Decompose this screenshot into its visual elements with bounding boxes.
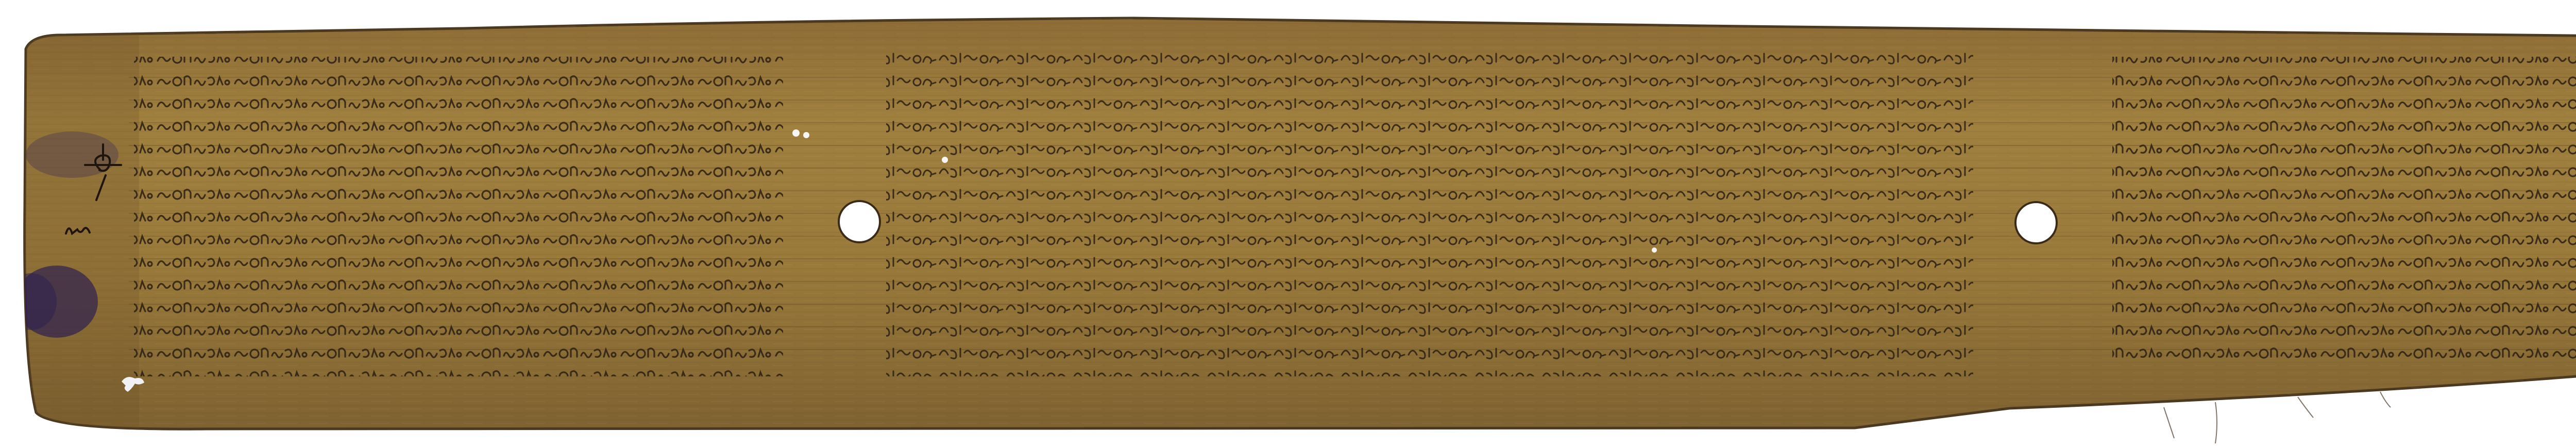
manuscript-text-block xyxy=(129,52,2576,376)
manuscript-scan xyxy=(0,0,2576,447)
binding-hole-right xyxy=(2015,202,2057,243)
palm-leaf xyxy=(0,0,2576,447)
binding-hole-left xyxy=(839,201,880,242)
